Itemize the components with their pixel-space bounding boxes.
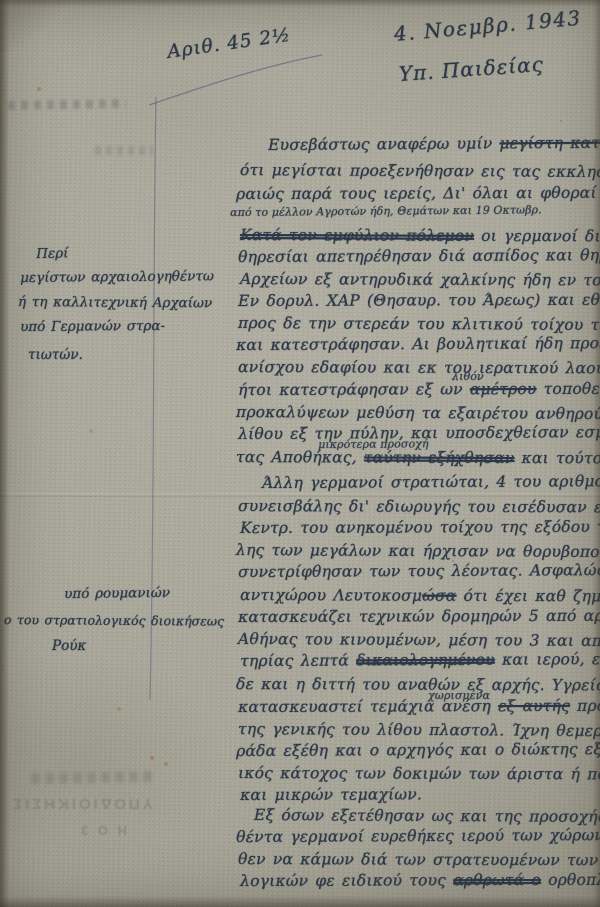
handwriting-text: Άλλη γερμανοί στρατιώται, 4 του αριθμού … — [262, 472, 600, 492]
handwriting-text: κατασκευαστεί τεμάχια ανέση — [238, 697, 498, 716]
bleedthrough-smudge — [8, 99, 126, 110]
handwriting-text: ανίσχου εδαφίου και εκ του ιερατικού λαο… — [238, 358, 600, 378]
handwriting-text: θηρεσίαι απετηρέθησαν διά ασπίδος και θη… — [238, 246, 600, 266]
handwriting-text: ΥΠΟΔΙΟΙΚΗΣΙΣ — [10, 795, 153, 812]
handwriting-text: συνεισβάλης δι' εδιωρυγής του εισέδυσαν … — [238, 497, 600, 517]
body-line: Αθήνας του κινουμένων, μέση του 3 και απ… — [238, 630, 600, 650]
body-line: τας Αποθήκας, ταύτην εξήχθησαν και τούτο… — [236, 448, 600, 468]
body-line: ανίσχου εδαφίου και εκ του ιερατικού λαο… — [238, 358, 600, 378]
body-line: αντιχώρου Λευτοκοσμώσα ότι έχει καθ ζημί… — [240, 586, 600, 605]
handwriting-text: από το μέλλον Αγροτών ήδη, Θεμάτων και 1… — [230, 203, 542, 219]
handwriting-text: Η Ο 3 — [78, 823, 127, 838]
handwriting-text: συνετρίφθησαν των τους λέοντας. Ασφαλώς … — [238, 561, 600, 581]
body-line: και μικρών τεμαχίων. — [240, 785, 422, 804]
body-line: Αρχείων εξ αντηρυδικά χαλκίνης ήδη εν το… — [240, 270, 600, 289]
body-line: συνεισβάλης δι' εδιωρυγής του εισέδυσαν … — [238, 497, 600, 517]
handwriting-text: λης των μεγάλων και ήρχισαν να θορυβοποι… — [236, 541, 600, 561]
handwriting-text: προκαλύψεων μεθύση τα εξαιρέτου ανθηρού … — [236, 403, 600, 423]
body-line: ότι μεγίσται προεξενήθησαν εις τας εκκλη… — [240, 161, 600, 181]
bleedthrough-smudge — [95, 146, 153, 155]
handwriting-text: και ιερού, εν συν. — [495, 650, 600, 669]
margin-note-line: υπό Γερμανών στρα- — [20, 318, 165, 335]
paper-mottle-texture — [0, 0, 600, 907]
handwriting-text: ότι έχει καθ ζημίαν άλ. — [456, 587, 600, 606]
paper-edge-bottom — [0, 0, 600, 907]
body-line: ράδα εξέθη και ο αρχηγός και ο διώκτης ε… — [236, 740, 600, 760]
handwriting-text: θέντα γερμανοί ευρεθήκες ιερού των χώρων… — [236, 826, 600, 846]
body-line: Ευσεβάστως αναφέρω υμίν μεγίστη καταστρο… — [268, 133, 600, 154]
handwriting-text: της γενικής του λίθου πλαστολ. Ίχνη θεμε… — [238, 720, 600, 740]
body-line: δε και η διττή του αναθών εξ αρχής. Υγρε… — [236, 675, 600, 694]
handwriting-text: ικός κάτοχος των δοκιμών των άριστα ή πο… — [238, 764, 600, 784]
margin-note-line: Ρούκ — [52, 638, 86, 654]
body-line: Εν δορυλ. ΧΑΡ (Θησαυρ. του Άρεως) και εθ… — [238, 291, 600, 310]
handwriting-text: και κατεστράφησαν. Αι βουλητικαί ήδη προ… — [236, 334, 600, 354]
margin-vertical-line — [150, 97, 156, 700]
paper-background — [0, 0, 600, 907]
handwriting-text: οι γερμανοί διαφθοραί και — [474, 227, 600, 246]
handwriting-text: και μικρών τεμαχίων. — [240, 785, 422, 804]
reference-number: Αριθ. 45 2½ — [166, 25, 292, 63]
handwriting-text: Κεντρ. του ανηκομένου τοίχου της εξόδου … — [240, 518, 600, 537]
struck-text: Κατά τον εμφύλιον πόλεμον — [240, 226, 474, 245]
handwriting-text: θεν να κάμων διά των στρατευομένων των θ… — [238, 850, 600, 869]
stamp-bleedthrough-line: Η Ο 3 — [78, 823, 127, 838]
handwriting-text: ότι μεγίσται προεξενήθησαν εις τας εκκλη… — [240, 161, 600, 181]
stamp-bleedthrough-line: ΥΠΟΔΙΟΙΚΗΣΙΣ — [10, 795, 153, 812]
handwriting-text: χωρισμένα — [428, 689, 490, 702]
manuscript-page: Αριθ. 45 2½ 4. Νοεμβρ. 1943 Υπ. Παιδείας… — [0, 0, 600, 907]
margin-note-line: ή τη καλλιτεχνική Αρχαίων — [18, 294, 212, 311]
struck-text: ταύτην εξήχθησαν — [364, 448, 515, 467]
body-line: κατασκευαστεί τεμάχια ανέση εξ αυτής προ… — [238, 697, 600, 716]
body-line: προς δε την στερεάν του κλιτικού τοίχου … — [238, 314, 600, 334]
handwriting-text: τοποθεσί. Εκλαπ. — [536, 379, 600, 398]
body-line: ραιώς παρά τους ιερείς, Δι' όλαι αι φθορ… — [236, 184, 600, 203]
margin-note-line: ο του στρατιολογικός διοικήσεως — [4, 612, 224, 629]
foxing-spots — [0, 0, 2, 2]
body-line: θεν να κάμων διά των στρατευομένων των θ… — [238, 850, 600, 869]
struck-text: αρθρωτά ο — [453, 871, 541, 889]
margin-note-line: Περί — [36, 245, 69, 262]
addressee-line: Υπ. Παιδείας — [398, 52, 545, 86]
paper-edge-left — [0, 0, 600, 907]
body-line: τηρίας λεπτά δικαιολογημένου και ιερού, … — [240, 650, 600, 670]
handwriting-text: Περί — [36, 245, 69, 262]
handwriting-text: κατασκευάζει τεχνικών δρομηρών 5 από αρχ… — [238, 607, 600, 626]
body-line: Εξ όσων εξετέθησαν ως και της προσοχής δ… — [254, 806, 600, 826]
handwriting-text: Ρούκ — [52, 638, 86, 654]
handwriting-text: ράδα εξέθη και ο αρχηγός και ο διώκτης ε… — [236, 740, 600, 760]
body-line: λης των μεγάλων και ήρχισαν να θορυβοποι… — [236, 541, 600, 561]
margin-note-line: τιωτών. — [28, 347, 83, 363]
handwriting-text: Εν δορυλ. ΧΑΡ (Θησαυρ. του Άρεως) και εθ… — [238, 291, 600, 310]
inserted-correction: μικρότερα προσοχή — [318, 437, 429, 451]
handwriting-text: λογικών φε ειδικού τους — [240, 871, 453, 890]
handwriting-text: τιωτών. — [28, 347, 83, 363]
margin-note-line: μεγίστων αρχαιολογηθέντω — [20, 268, 214, 286]
body-line: συνετρίφθησαν των τους λέοντας. Ασφαλώς … — [238, 561, 600, 581]
handwriting-text: Ευσεβάστως αναφέρω υμίν — [268, 134, 500, 154]
handwriting-text: αντιχώρου Λευτοκοσμ — [240, 586, 422, 605]
margin-note-line: υπό ρουμανιών — [64, 585, 170, 602]
handwriting-text: μικρότερα προσοχή — [318, 437, 429, 451]
reference-underline — [149, 55, 322, 105]
handwriting-text: ο του στρατιολογικός διοικήσεως — [4, 612, 224, 629]
handwriting-text: προς δε την στερεάν του κλιτικού τοίχου … — [238, 314, 600, 334]
bleedthrough-smudge — [30, 771, 152, 784]
handwriting-text: ραιώς παρά τους ιερείς, Δι' όλαι αι φθορ… — [236, 184, 600, 203]
body-line: της γενικής του λίθου πλαστολ. Ίχνη θεμε… — [238, 720, 600, 740]
handwriting-text: μεγίστων αρχαιολογηθέντω — [20, 268, 214, 286]
struck-text: αμέτρου — [470, 380, 537, 398]
handwriting-text: λίθου εξ την πύλην, και υποσδεχθείσαν εσ… — [238, 423, 600, 443]
handwriting-text: προσεχ. — [570, 697, 600, 715]
handwriting-text: Αρχείων εξ αντηρυδικά χαλκίνης ήδη εν το… — [240, 270, 600, 289]
handwriting-text: δε και η διττή του αναθών εξ αρχής. Υγρε… — [236, 675, 600, 694]
struck-text: εξ αυτής — [498, 697, 570, 715]
inserted-correction: από το μέλλον Αγροτών ήδη, Θεμάτων και 1… — [230, 203, 542, 219]
handwriting-text: τηρίας λεπτά — [240, 651, 356, 670]
struck-text: μεγίστη καταστροφή καθά — [499, 133, 600, 153]
handwriting-text: ή τη καλλιτεχνική Αρχαίων — [18, 294, 212, 311]
date-line: 4. Νοεμβρ. 1943 — [393, 6, 583, 46]
struck-text: ώσα — [422, 587, 456, 605]
struck-text: δικαιολογημένου — [356, 651, 495, 670]
body-line: Κατά τον εμφύλιον πόλεμον οι γερμανοί δι… — [240, 226, 600, 246]
paper-grain-texture — [0, 0, 600, 907]
body-line: προκαλύψεων μεθύση τα εξαιρέτου ανθηρού … — [236, 403, 600, 423]
handwriting-text: Αθήνας του κινουμένων, μέση του 3 και απ… — [238, 630, 600, 650]
corner-shading — [0, 0, 72, 52]
paper-edge-top — [0, 0, 600, 907]
horizontal-crease — [0, 493, 600, 497]
handwriting-text: ήτοι κατεστράφησαν εξ ων — [238, 380, 470, 399]
edge-vignette — [0, 0, 600, 907]
pencil-lines — [0, 0, 600, 907]
handwriting-layer: Ευσεβάστως αναφέρω υμίν μεγίστη καταστρο… — [0, 0, 600, 907]
body-line: λογικών φε ειδικού τους αρθρωτά ο ορθοπλ… — [240, 870, 600, 890]
paper-edge-right — [0, 0, 600, 907]
handwriting-text: τας Αποθήκας, — [236, 448, 364, 466]
body-line: Άλλη γερμανοί στρατιώται, 4 του αριθμού … — [262, 472, 600, 492]
body-line: ήτοι κατεστράφησαν εξ ων αμέτρου τοποθεσ… — [238, 379, 600, 399]
body-line: λίθου εξ την πύλην, και υποσδεχθείσαν εσ… — [238, 423, 600, 443]
body-line: κατασκευάζει τεχνικών δρομηρών 5 από αρχ… — [238, 607, 600, 626]
handwriting-text: και τούτο εξ ελάχ. — [514, 449, 600, 468]
body-line: Κεντρ. του ανηκομένου τοίχου της εξόδου … — [240, 518, 600, 537]
body-line: και κατεστράφησαν. Αι βουλητικαί ήδη προ… — [236, 334, 600, 354]
inserted-correction: λιθόν — [452, 370, 484, 383]
handwriting-text: υπό ρουμανιών — [64, 585, 170, 602]
body-line: θηρεσίαι απετηρέθησαν διά ασπίδος και θη… — [238, 246, 600, 266]
body-line: ικός κάτοχος των δοκιμών των άριστα ή πο… — [238, 764, 600, 784]
inserted-correction: χωρισμένα — [428, 689, 490, 702]
handwriting-text: λιθόν — [452, 370, 484, 383]
handwriting-text: Εξ όσων εξετέθησαν ως και της προσοχής δ… — [254, 806, 600, 826]
handwriting-text: ορθοπλάτας του στ. — [541, 870, 600, 889]
handwriting-text: υπό Γερμανών στρα- — [20, 318, 165, 335]
body-line: θέντα γερμανοί ευρεθήκες ιερού των χώρων… — [236, 826, 600, 846]
